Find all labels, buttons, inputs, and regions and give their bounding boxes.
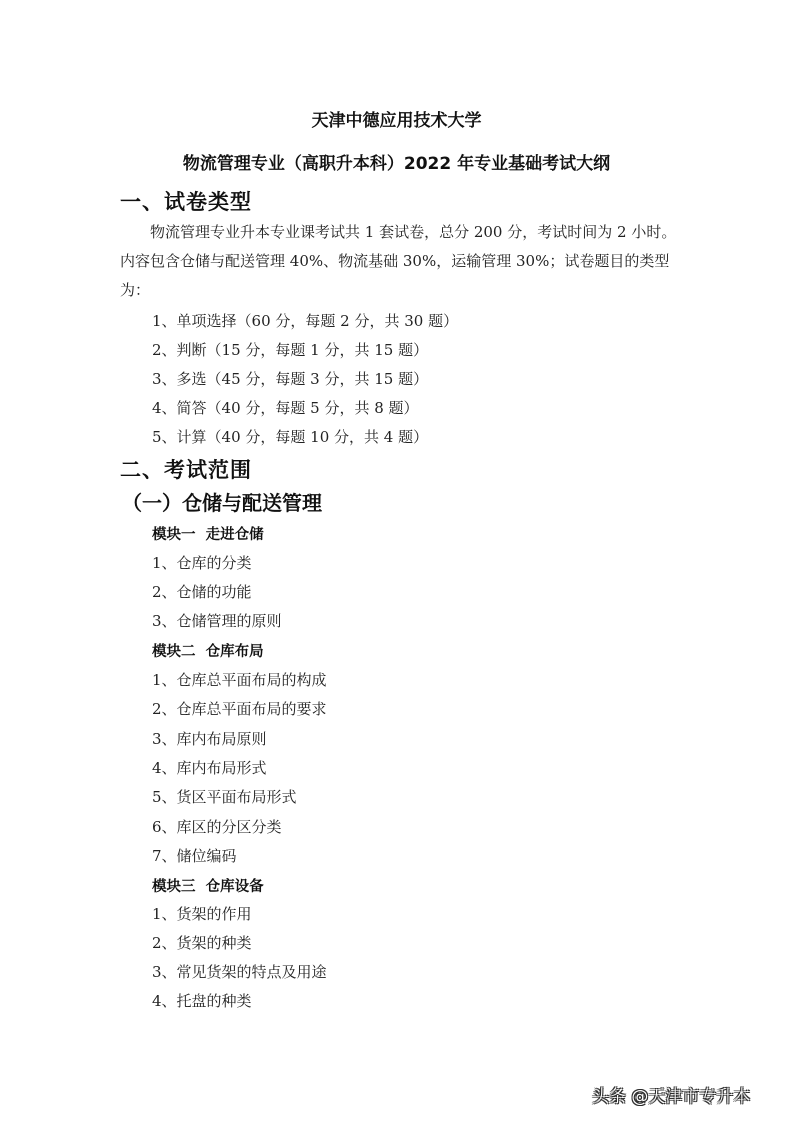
module-heading: 模块二 仓库布局: [152, 640, 264, 661]
section-heading-exam-type: 一、试卷类型: [120, 186, 252, 216]
module-item: 3、仓储管理的原则: [152, 610, 282, 631]
module-item: 3、库内布局原则: [152, 728, 267, 749]
subsection-heading-warehousing: （一）仓储与配送管理: [122, 487, 322, 516]
module-item: 4、托盘的种类: [152, 990, 252, 1011]
question-type-item: 2、判断（15 分，每题 1 分，共 15 题）: [152, 339, 428, 360]
module-item: 1、仓库的分类: [152, 552, 252, 573]
module-item: 1、仓库总平面布局的构成: [152, 669, 327, 690]
question-type-item: 1、单项选择（60 分，每题 2 分，共 30 题）: [152, 310, 458, 331]
question-type-item: 4、简答（40 分，每题 5 分，共 8 题）: [152, 397, 419, 418]
paragraph-line: 为：: [120, 276, 690, 305]
paragraph-line: 内容包含仓储与配送管理 40%、物流基础 30%，运输管理 30%；试卷题目的类…: [120, 247, 690, 276]
module-item: 4、库内布局形式: [152, 757, 267, 778]
module-item: 7、储位编码: [152, 845, 237, 866]
module-item: 3、常见货架的特点及用途: [152, 961, 327, 982]
exam-description: 物流管理专业升本专业课考试共 1 套试卷，总分 200 分，考试时间为 2 小时…: [120, 218, 690, 305]
module-item: 5、货区平面布局形式: [152, 786, 297, 807]
module-item: 2、仓储的功能: [152, 581, 252, 602]
module-item: 6、库区的分区分类: [152, 816, 282, 837]
watermark: 头条 @天津市专升本: [592, 1082, 750, 1107]
university-name: 天津中德应用技术大学: [0, 106, 793, 131]
question-type-item: 3、多选（45 分，每题 3 分，共 15 题）: [152, 368, 428, 389]
module-heading: 模块三 仓库设备: [152, 875, 264, 896]
module-item: 2、仓库总平面布局的要求: [152, 698, 327, 719]
paragraph-line: 物流管理专业升本专业课考试共 1 套试卷，总分 200 分，考试时间为 2 小时…: [150, 223, 676, 241]
document-page: 天津中德应用技术大学 物流管理专业（高职升本科）2022 年专业基础考试大纲 一…: [0, 0, 793, 1121]
module-item: 2、货架的种类: [152, 932, 252, 953]
question-type-item: 5、计算（40 分，每题 10 分，共 4 题）: [152, 426, 428, 447]
document-title: 物流管理专业（高职升本科）2022 年专业基础考试大纲: [0, 149, 793, 174]
section-heading-exam-scope: 二、考试范围: [120, 454, 252, 484]
module-heading: 模块一 走进仓储: [152, 523, 264, 544]
module-item: 1、货架的作用: [152, 903, 252, 924]
